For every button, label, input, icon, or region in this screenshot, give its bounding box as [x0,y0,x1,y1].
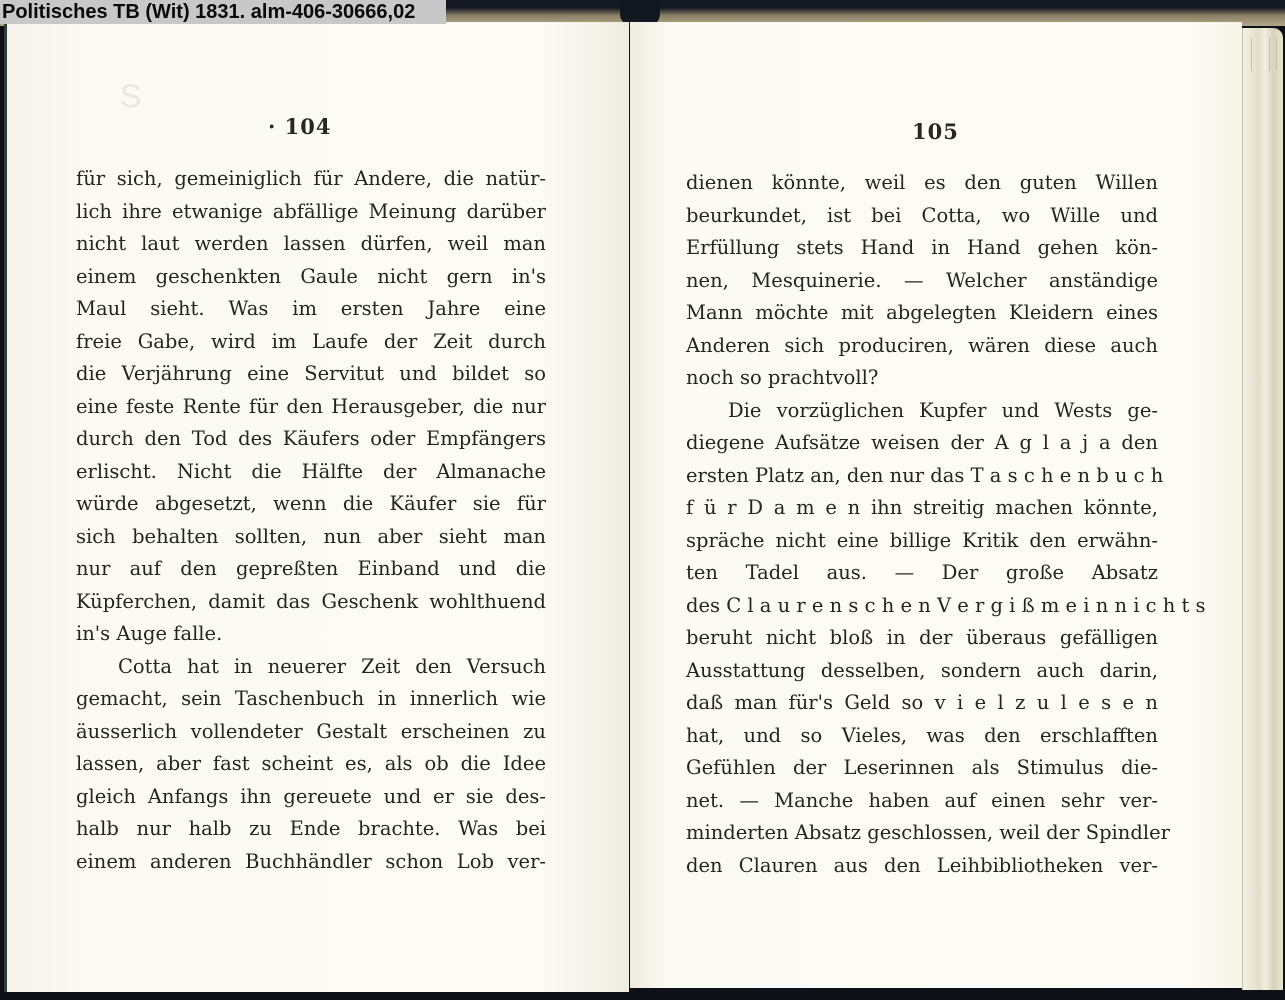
text-line: halb nur halb zu Ende brachte. Was bei [76,813,546,846]
text-line: beurkundet, ist bei Cotta, wo Wille und [686,200,1158,233]
text-line: gemacht, sein Taschenbuch in innerlich w… [76,683,546,716]
text-line: Ausstattung desselben, sondern auch dari… [686,655,1158,688]
text-line: einem anderen Buchhändler schon Lob ver- [76,846,546,879]
page-number-left: · 104 [268,114,331,139]
text-line: beruht nicht bloß in der überaus gefälli… [686,622,1158,655]
text-line: Erfüllung stets Hand in Hand gehen kön- [686,232,1158,265]
text-line: lassen, aber fast scheint es, als ob die… [76,748,546,781]
text-line: durch den Tod des Käufers oder Empfänger… [76,423,546,456]
text-line: einem geschenkten Gaule nicht gern in's [76,261,546,294]
text-line: gleich Anfangs ihn gereuete und er sie d… [76,781,546,814]
text-line: diegene Aufsätze weisen der A g l a j a … [686,427,1158,460]
text-line: die Verjährung eine Servitut und bildet … [76,358,546,391]
page-number-right: 105 [912,119,959,144]
text-line: dienen könnte, weil es den guten Willen [686,167,1158,200]
text-line: Die vorzüglichen Kupfer und Wests ge- [686,395,1158,428]
text-line: eine feste Rente für den Herausgeber, di… [76,391,546,424]
page-fore-edge [1242,28,1283,990]
text-line: äusserlich vollendeter Gestalt erscheine… [76,716,546,749]
text-line: noch so prachtvoll? [686,362,1158,395]
text-line: freie Gabe, wird im Laufe der Zeit durch [76,326,546,359]
text-line: ersten Platz an, den nur das T a s c h e… [686,460,1158,493]
text-line: nen, Mesquinerie. — Welcher anständige [686,265,1158,298]
text-line: erlischt. Nicht die Hälfte der Almanache [76,456,546,489]
text-line: ten Tadel aus. — Der große Absatz [686,557,1158,590]
text-line: sich behalten sollten, nun aber sieht ma… [76,521,546,554]
text-line: Anderen sich produciren, wären diese auc… [686,330,1158,363]
text-line: Mann möchte mit abgelegten Kleidern eine… [686,297,1158,330]
text-line: lich ihre etwanige abfällige Meinung dar… [76,196,546,229]
text-line: net. — Manche haben auf einen sehr ver- [686,785,1158,818]
right-page-text: dienen könnte, weil es den guten Willen … [686,167,1158,882]
text-line: hat, und so Vieles, was den erschlafften [686,720,1158,753]
left-page-text: für sich, gemeiniglich für Andere, die n… [76,163,546,878]
scan-label: Politisches TB (Wit) 1831. alm-406-30666… [0,0,446,24]
text-line: Gefühlen der Leserinnen als Stimulus die… [686,752,1158,785]
text-line: minderten Absatz geschlossen, weil der S… [686,817,1158,850]
text-line: nur auf den gepreßten Einband und die [76,553,546,586]
text-line: f ü r D a m e n ihn streitig machen könn… [686,492,1158,525]
text-line: Küpferchen, damit das Geschenk wohlthuen… [76,586,546,619]
text-line: spräche nicht eine billige Kritik den er… [686,525,1158,558]
text-line: Cotta hat in neuerer Zeit den Versuch [76,651,546,684]
text-line: des C l a u r e n s c h e n V e r g i ß … [686,590,1158,623]
watermark: S [120,78,141,115]
text-line: daß man für's Geld so v i e l z u l e s … [686,687,1158,720]
text-line: den Clauren aus den Leihbibliotheken ver… [686,850,1158,883]
text-line: würde abgesetzt, wenn die Käufer sie für [76,488,546,521]
text-line: in's Auge falle. [76,618,546,651]
text-line: für sich, gemeiniglich für Andere, die n… [76,163,546,196]
text-line: Maul sieht. Was im ersten Jahre eine [76,293,546,326]
text-line: nicht laut werden lassen dürfen, weil ma… [76,228,546,261]
